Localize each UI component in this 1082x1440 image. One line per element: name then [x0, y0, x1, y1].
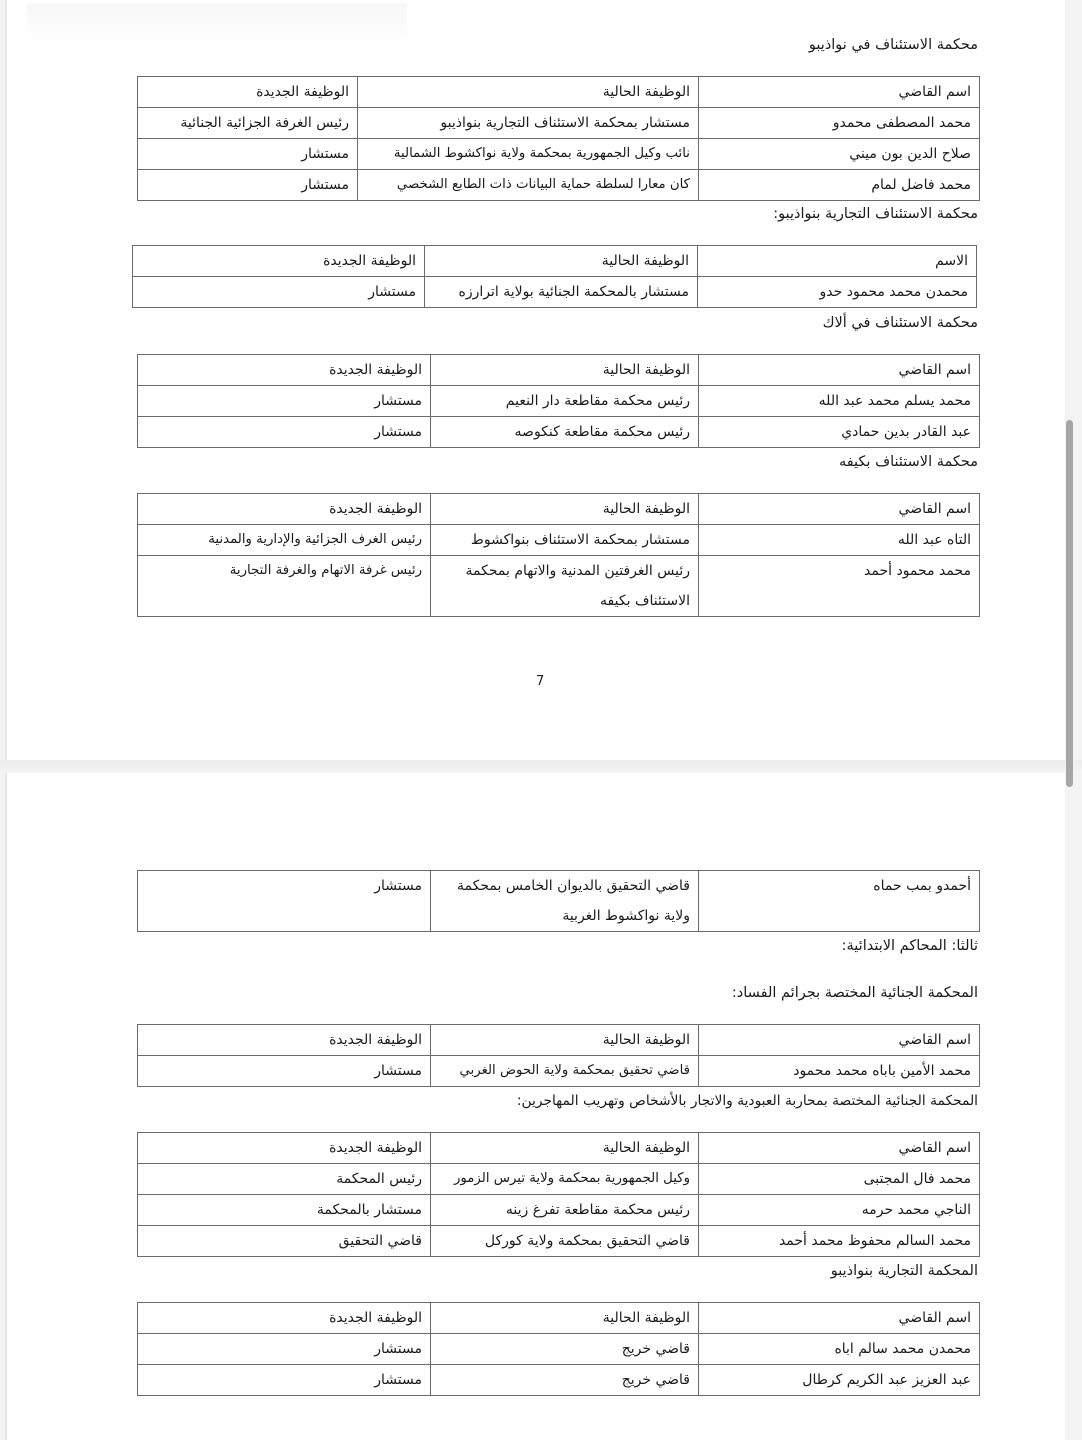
table-appeal-court-nouadhibou: اسم القاضي الوظيفة الحالية الوظيفة الجدي…	[137, 76, 980, 201]
table-anti-slavery-court: اسم القاضي الوظيفة الحالية الوظيفة الجدي…	[137, 1132, 980, 1257]
judge-name-cell: التاه عبد الله	[699, 525, 980, 556]
new-position-cell: مستشار	[138, 386, 431, 417]
table-row: محمد الأمين باباه محمد محمود قاضي تحقيق …	[138, 1056, 980, 1087]
current-position-cell: رئيس محكمة مقاطعة كنكوصه	[431, 417, 699, 448]
section-heading-appeal-court-kiffa: محكمة الاستئناف بكيفه	[839, 452, 978, 472]
current-position-cell: قاضي تحقيق بمحكمة ولاية الحوض الغربي	[431, 1056, 699, 1087]
table-row: محمد السالم محفوظ محمد أحمد قاضي التحقيق…	[138, 1226, 980, 1257]
new-position-cell: مستشار	[133, 277, 425, 308]
table-row: الناجي محمد حرمه رئيس محكمة مقاطعة تفرغ …	[138, 1195, 980, 1226]
section-heading-commercial-court-nouadhibou: المحكمة التجارية بنواذيبو	[831, 1261, 978, 1281]
new-position-cell: رئيس المحكمة	[138, 1164, 431, 1195]
table-header-row: اسم القاضي الوظيفة الحالية الوظيفة الجدي…	[138, 1303, 980, 1334]
section-heading-anti-corruption-court: المحكمة الجنائية المختصة بجرائم الفساد:	[732, 983, 978, 1003]
column-header-new-position: الوظيفة الجديدة	[138, 77, 358, 108]
column-header-new-position: الوظيفة الجديدة	[133, 246, 425, 277]
judge-name-cell: محمد محمود أحمد	[699, 556, 980, 617]
table-header-row: اسم القاضي الوظيفة الحالية الوظيفة الجدي…	[138, 1025, 980, 1056]
new-position-cell: مستشار	[138, 170, 358, 201]
table-row: محمد محمود أحمد رئيس الغرفتين المدنية وا…	[138, 556, 980, 617]
table-header-row: اسم القاضي الوظيفة الحالية الوظيفة الجدي…	[138, 1133, 980, 1164]
current-position-cell: قاضي خريج	[431, 1365, 699, 1396]
current-position-cell: مستشار بالمحكمة الجنائية بولاية اترارزه	[425, 277, 698, 308]
column-header-current-position: الوظيفة الحالية	[431, 1303, 699, 1334]
new-position-cell: مستشار بالمحكمة	[138, 1195, 431, 1226]
current-position-cell: مستشار بمحكمة الاستئناف بنواكشوط	[431, 525, 699, 556]
part-heading-first-instance-courts: ثالثا: المحاكم الابتدائية:	[842, 936, 978, 956]
column-header-new-position: الوظيفة الجديدة	[138, 494, 431, 525]
judge-name-cell: أحمدو بمب حماه	[699, 871, 980, 932]
table-commercial-court-nouadhibou: اسم القاضي الوظيفة الحالية الوظيفة الجدي…	[137, 1302, 980, 1396]
column-header-current-position: الوظيفة الحالية	[431, 355, 699, 386]
table-header-row: الاسم الوظيفة الحالية الوظيفة الجديدة	[133, 246, 977, 277]
judge-name-cell: محمد السالم محفوظ محمد أحمد	[699, 1226, 980, 1257]
current-position-cell: رئيس الغرفتين المدنية والاتهام بمحكمة ال…	[431, 556, 699, 617]
new-position-cell: رئيس الغرفة الجزائية الجنائية	[138, 108, 358, 139]
column-header-new-position: الوظيفة الجديدة	[138, 355, 431, 386]
table-row: أحمدو بمب حماه قاضي التحقيق بالديوان الخ…	[138, 871, 980, 932]
table-header-row: اسم القاضي الوظيفة الحالية الوظيفة الجدي…	[138, 355, 980, 386]
column-header-current-position: الوظيفة الحالية	[431, 1133, 699, 1164]
table-continued: أحمدو بمب حماه قاضي التحقيق بالديوان الخ…	[137, 870, 980, 932]
table-header-row: اسم القاضي الوظيفة الحالية الوظيفة الجدي…	[138, 77, 980, 108]
new-position-cell: مستشار	[138, 417, 431, 448]
table-row: محمد فال المجتبى وكيل الجمهورية بمحكمة و…	[138, 1164, 980, 1195]
column-header-new-position: الوظيفة الجديدة	[138, 1133, 431, 1164]
judge-name-cell: محمد فاضل لمام	[699, 170, 980, 201]
table-anti-corruption-court: اسم القاضي الوظيفة الحالية الوظيفة الجدي…	[137, 1024, 980, 1087]
section-heading-commercial-appeal-nouadhibou: محكمة الاستئناف التجارية بنواذيبو:	[773, 204, 978, 224]
section-heading-appeal-court-nouadhibou: محكمة الاستئناف في نواذيبو	[809, 35, 978, 55]
column-header-judge-name: اسم القاضي	[699, 1133, 980, 1164]
current-position-cell: كان معارا لسلطة حماية البيانات ذات الطاب…	[358, 170, 699, 201]
table-row: التاه عبد الله مستشار بمحكمة الاستئناف ب…	[138, 525, 980, 556]
table-row: محمد فاضل لمام كان معارا لسلطة حماية الب…	[138, 170, 980, 201]
new-position-cell: مستشار	[138, 871, 431, 932]
judge-name-cell: محمد يسلم محمد عبد الله	[699, 386, 980, 417]
new-position-cell: رئيس الغرف الجزائية والإدارية والمدنية	[138, 525, 431, 556]
new-position-cell: مستشار	[138, 139, 358, 170]
column-header-judge-name: اسم القاضي	[699, 77, 980, 108]
new-position-cell: مستشار	[138, 1365, 431, 1396]
table-row: محمدن محمد سالم اباه قاضي خريج مستشار	[138, 1334, 980, 1365]
current-position-cell: وكيل الجمهورية بمحكمة ولاية تيرس الزمور	[431, 1164, 699, 1195]
column-header-current-position: الوظيفة الحالية	[431, 1025, 699, 1056]
column-header-new-position: الوظيفة الجديدة	[138, 1025, 431, 1056]
judge-name-cell: عبد العزيز عبد الكريم كرطال	[699, 1365, 980, 1396]
new-position-cell: رئيس غرفة الاتهام والغرفة التجارية	[138, 556, 431, 617]
judge-name-cell: محمدن محمد سالم اباه	[699, 1334, 980, 1365]
table-row: محمد المصطفى محمدو مستشار بمحكمة الاستئن…	[138, 108, 980, 139]
column-header-new-position: الوظيفة الجديدة	[138, 1303, 431, 1334]
column-header-judge-name: اسم القاضي	[699, 1025, 980, 1056]
column-header-judge-name: اسم القاضي	[699, 1303, 980, 1334]
current-position-cell: قاضي التحقيق بمحكمة ولاية كوركل	[431, 1226, 699, 1257]
table-header-row: اسم القاضي الوظيفة الحالية الوظيفة الجدي…	[138, 494, 980, 525]
column-header-judge-name: اسم القاضي	[699, 355, 980, 386]
judge-name-cell: عبد القادر بدين حمادي	[699, 417, 980, 448]
section-heading-anti-slavery-court: المحكمة الجنائية المختصة بمحاربة العبودي…	[517, 1091, 978, 1111]
new-position-cell: قاضي التحقيق	[138, 1226, 431, 1257]
judge-name-cell: محمد المصطفى محمدو	[699, 108, 980, 139]
judge-name-cell: محمد فال المجتبى	[699, 1164, 980, 1195]
current-position-cell: مستشار بمحكمة الاستئناف التجارية بنواذيب…	[358, 108, 699, 139]
table-row: محمدن محمد محمود حدو مستشار بالمحكمة الج…	[133, 277, 977, 308]
vertical-scrollbar-thumb[interactable]	[1066, 420, 1073, 787]
page-number: 7	[536, 674, 544, 689]
current-position-cell: قاضي التحقيق بالديوان الخامس بمحكمة ولاي…	[431, 871, 699, 932]
current-position-cell: رئيس محكمة مقاطعة دار النعيم	[431, 386, 699, 417]
table-row: محمد يسلم محمد عبد الله رئيس محكمة مقاطع…	[138, 386, 980, 417]
table-row: عبد القادر بدين حمادي رئيس محكمة مقاطعة …	[138, 417, 980, 448]
current-position-cell: نائب وكيل الجمهورية بمحكمة ولاية نواكشوط…	[358, 139, 699, 170]
table-row: صلاح الدين بون ميني نائب وكيل الجمهورية …	[138, 139, 980, 170]
column-header-current-position: الوظيفة الحالية	[431, 494, 699, 525]
section-heading-appeal-court-aleg: محكمة الاستئناف في ألاك	[823, 313, 978, 333]
table-appeal-court-kiffa: اسم القاضي الوظيفة الحالية الوظيفة الجدي…	[137, 493, 980, 617]
faint-header-shadow	[27, 3, 407, 43]
current-position-cell: رئيس محكمة مقاطعة تفرغ زينه	[431, 1195, 699, 1226]
column-header-judge-name: اسم القاضي	[699, 494, 980, 525]
judge-name-cell: محمدن محمد محمود حدو	[698, 277, 977, 308]
current-position-cell: قاضي خريج	[431, 1334, 699, 1365]
judge-name-cell: محمد الأمين باباه محمد محمود	[699, 1056, 980, 1087]
column-header-name: الاسم	[698, 246, 977, 277]
table-appeal-court-aleg: اسم القاضي الوظيفة الحالية الوظيفة الجدي…	[137, 354, 980, 448]
judge-name-cell: صلاح الدين بون ميني	[699, 139, 980, 170]
judge-name-cell: الناجي محمد حرمه	[699, 1195, 980, 1226]
table-commercial-appeal-nouadhibou: الاسم الوظيفة الحالية الوظيفة الجديدة مح…	[132, 245, 977, 308]
new-position-cell: مستشار	[138, 1056, 431, 1087]
column-header-current-position: الوظيفة الحالية	[425, 246, 698, 277]
new-position-cell: مستشار	[138, 1334, 431, 1365]
table-row: عبد العزيز عبد الكريم كرطال قاضي خريج مس…	[138, 1365, 980, 1396]
page-gap	[0, 760, 1082, 773]
column-header-current-position: الوظيفة الحالية	[358, 77, 699, 108]
